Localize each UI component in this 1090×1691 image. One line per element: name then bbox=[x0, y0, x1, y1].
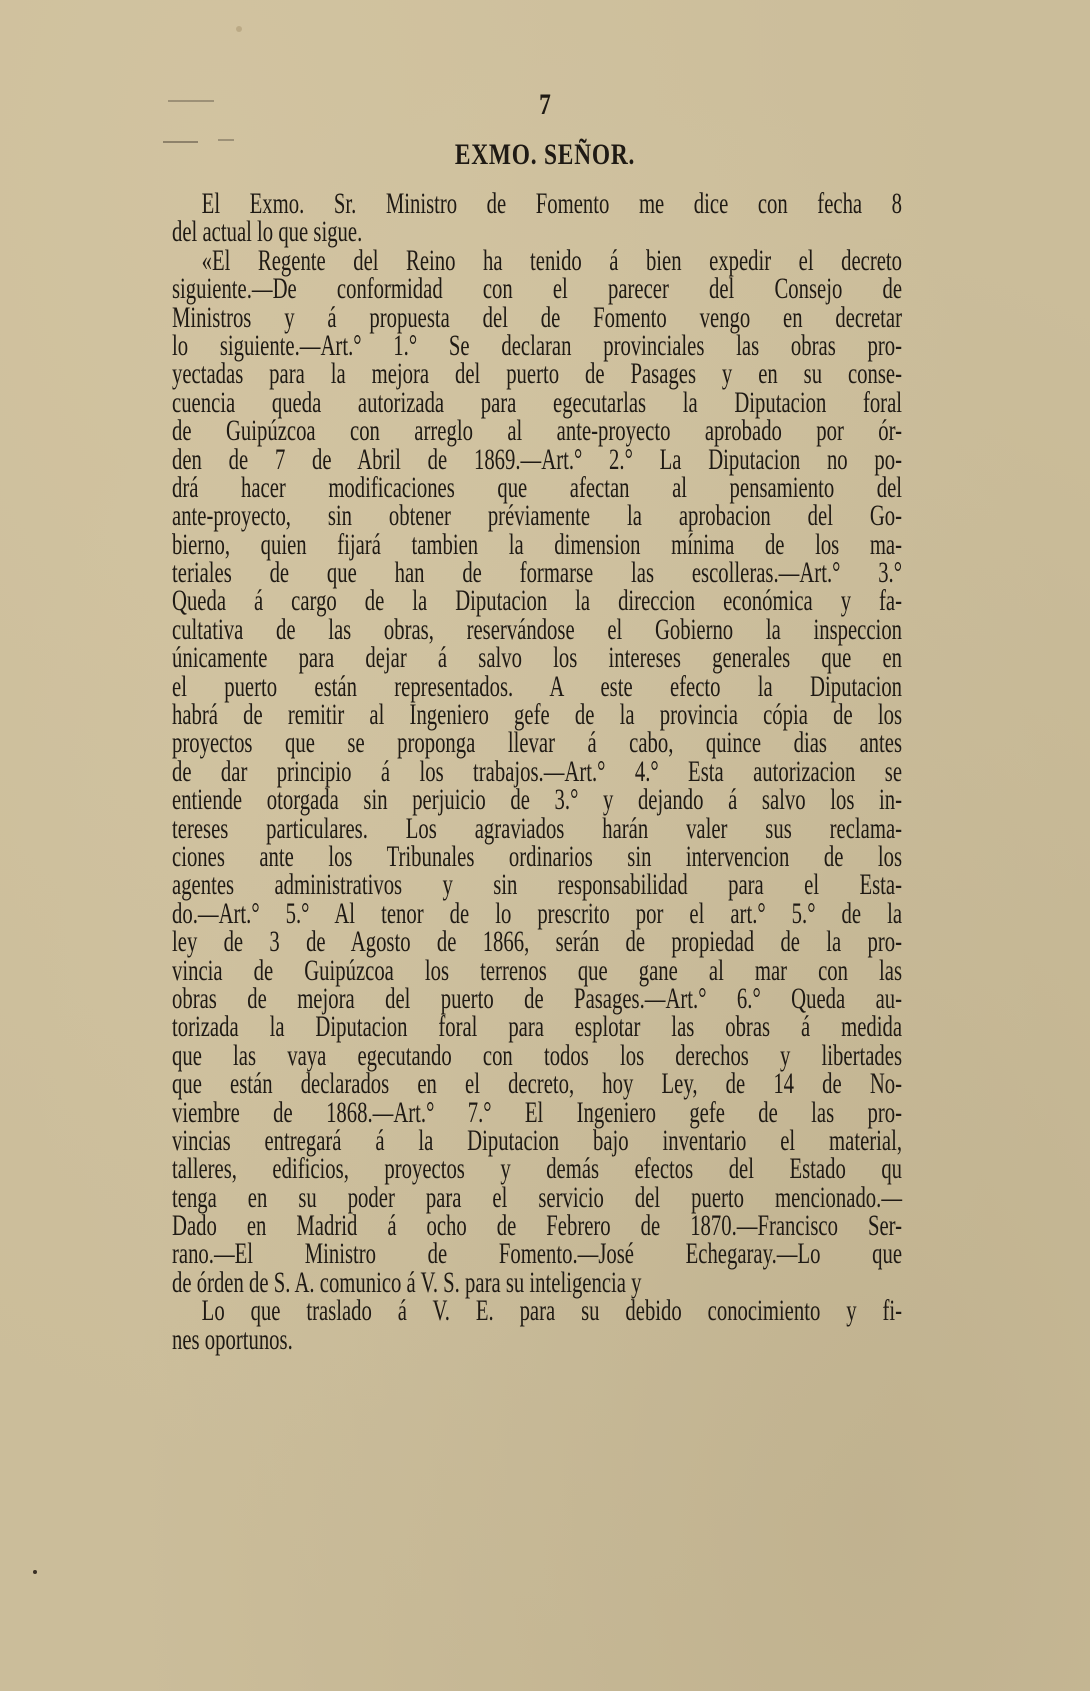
scanned-page: 7 EXMO. SEÑOR. El Exmo. Sr. Ministro de … bbox=[0, 0, 1090, 1691]
text-line: viembre de 1868.—Art.° 7.° El Ingeniero … bbox=[172, 1099, 902, 1127]
text-line: talleres, edificios, proyectos y demás e… bbox=[172, 1155, 902, 1183]
text-line: del actual lo que sigue. bbox=[172, 218, 902, 246]
text-line: agentes administrativos y sin responsabi… bbox=[172, 871, 902, 899]
text-line: siguiente.—De conformidad con el parecer… bbox=[172, 275, 902, 303]
text-line: que las vaya egecutando con todos los de… bbox=[172, 1042, 902, 1070]
text-line: entiende otorgada sin perjuicio de 3.° y… bbox=[172, 786, 902, 814]
text-line: vincias entregará á la Diputacion bajo i… bbox=[172, 1127, 902, 1155]
text-line: Dado en Madrid á ocho de Febrero de 1870… bbox=[172, 1212, 902, 1240]
text-line: teriales de que han de formarse las esco… bbox=[172, 559, 902, 587]
page-number: 7 bbox=[120, 88, 970, 122]
text-line: drá hacer modificaciones que afectan al … bbox=[172, 474, 902, 502]
text-line: lo siguiente.—Art.° 1.° Se declaran prov… bbox=[172, 332, 902, 360]
text-line: vincia de Guipúzcoa los terrenos que gan… bbox=[172, 957, 902, 985]
text-line: den de 7 de Abril de 1869.—Art.° 2.° La … bbox=[172, 446, 902, 474]
text-line: de órden de S. A. comunico á V. S. para … bbox=[172, 1269, 902, 1297]
text-line: que están declarados en el decreto, hoy … bbox=[172, 1070, 902, 1098]
text-line: ciones ante los Tribunales ordinarios si… bbox=[172, 843, 902, 871]
text-line: «El Regente del Reino ha tenido á bien e… bbox=[172, 247, 902, 275]
text-line: yectadas para la mejora del puerto de Pa… bbox=[172, 360, 902, 388]
paper-speck bbox=[236, 26, 242, 32]
text-line: Ministros y á propuesta del de Fomento v… bbox=[172, 304, 902, 332]
text-line: ley de 3 de Agosto de 1866, serán de pro… bbox=[172, 928, 902, 956]
text-line: únicamente para dejar á salvo los intere… bbox=[172, 644, 902, 672]
text-line: tereses particulares. Los agraviados har… bbox=[172, 815, 902, 843]
text-line: habrá de remitir al Ingeniero gefe de la… bbox=[172, 701, 902, 729]
text-line: ante-proyecto, sin obtener préviamente l… bbox=[172, 502, 902, 530]
page-heading: EXMO. SEÑOR. bbox=[120, 138, 970, 172]
text-line: nes oportunos. bbox=[172, 1326, 902, 1354]
document-body: El Exmo. Sr. Ministro de Fomento me dice… bbox=[172, 190, 902, 1354]
paper-speck bbox=[33, 1570, 37, 1574]
text-line: torizada la Diputacion foral para esplot… bbox=[172, 1013, 902, 1041]
text-line: de Guipúzcoa con arreglo al ante-proyect… bbox=[172, 417, 902, 445]
text-line: de dar principio á los trabajos.—Art.° 4… bbox=[172, 758, 902, 786]
text-line: rano.—El Ministro de Fomento.—José Echeg… bbox=[172, 1240, 902, 1268]
text-line: Lo que traslado á V. E. para su debido c… bbox=[172, 1297, 902, 1325]
text-line: tenga en su poder para el servicio del p… bbox=[172, 1184, 902, 1212]
text-line: obras de mejora del puerto de Pasages.—A… bbox=[172, 985, 902, 1013]
text-line: bierno, quien fijará tambien la dimensio… bbox=[172, 531, 902, 559]
text-line: El Exmo. Sr. Ministro de Fomento me dice… bbox=[172, 190, 902, 218]
text-line: do.—Art.° 5.° Al tenor de lo prescrito p… bbox=[172, 900, 902, 928]
text-line: el puerto están representados. A este ef… bbox=[172, 673, 902, 701]
text-line: proyectos que se proponga llevar á cabo,… bbox=[172, 729, 902, 757]
text-line: cuencia queda autorizada para egecutarla… bbox=[172, 389, 902, 417]
text-line: cultativa de las obras, reservándose el … bbox=[172, 616, 902, 644]
text-line: Queda á cargo de la Diputacion la direcc… bbox=[172, 587, 902, 615]
